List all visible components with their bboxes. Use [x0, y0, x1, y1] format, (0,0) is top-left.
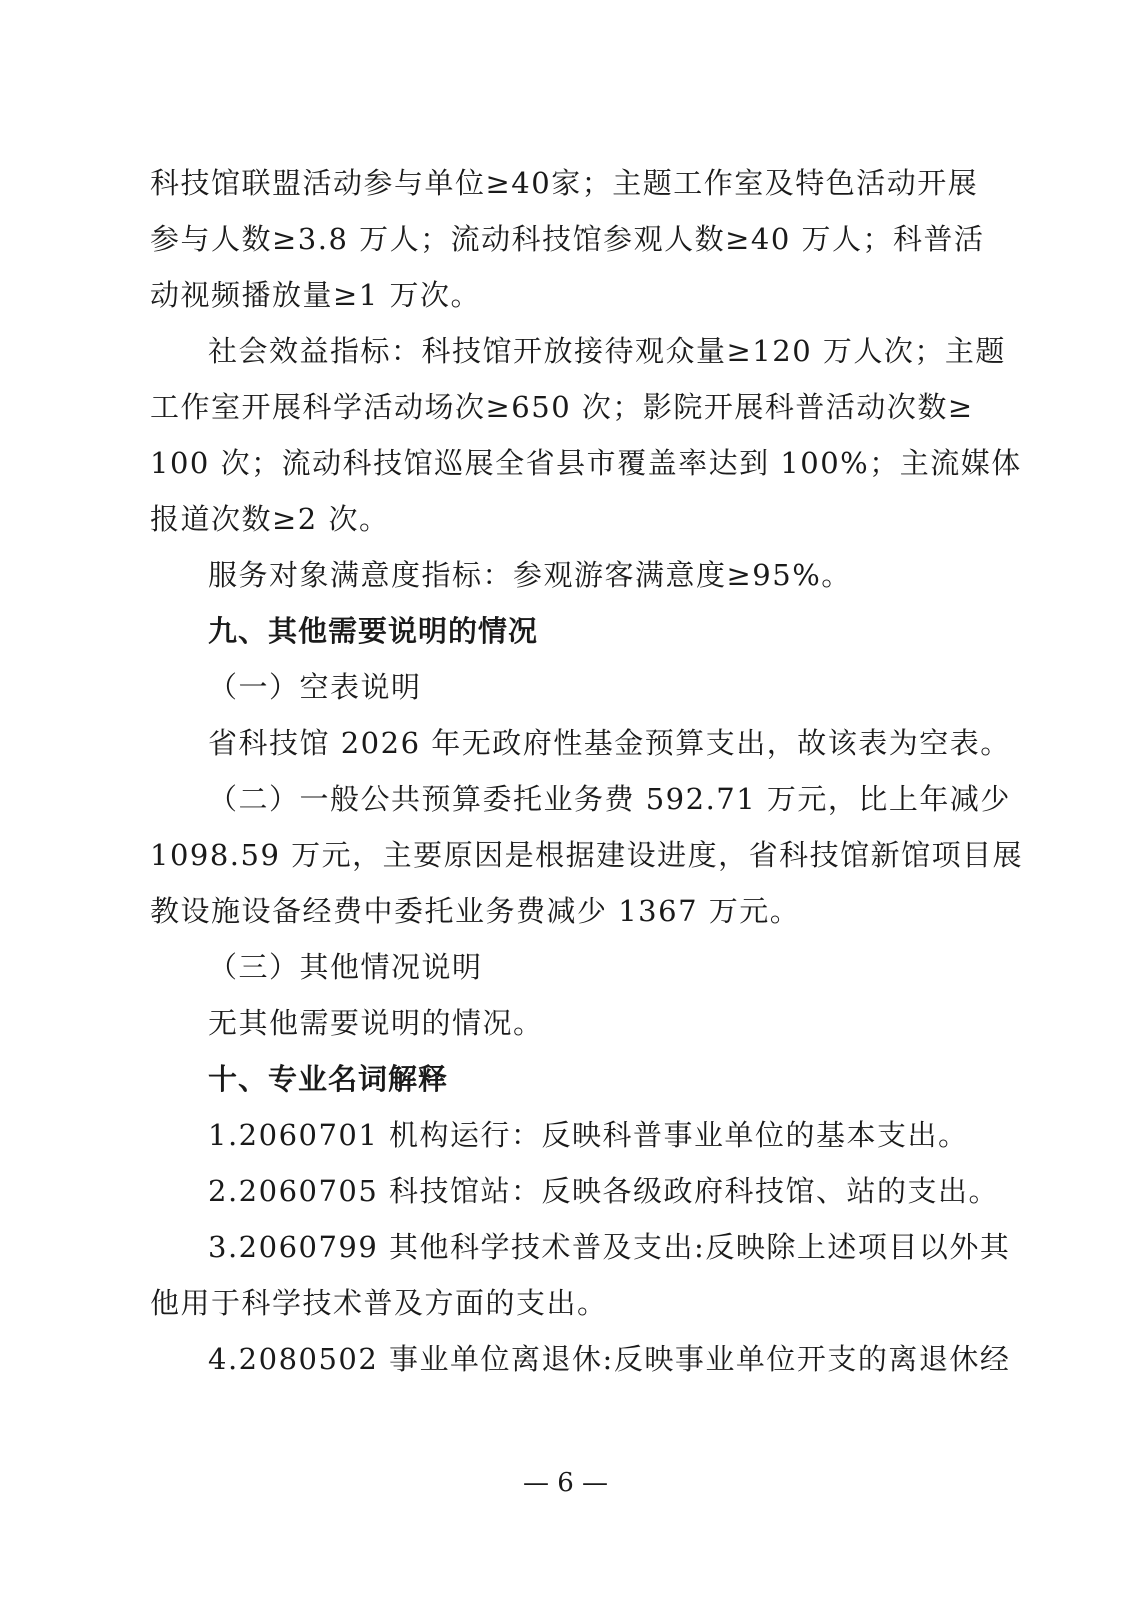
glossary-item: 4.2080502 事业单位离退休:反映事业单位开支的离退休经	[208, 1341, 962, 1377]
glossary-item-continued: 他用于科学技术普及方面的支出。	[150, 1285, 962, 1321]
section-heading: 十、专业名词解释	[208, 1061, 962, 1097]
paragraph-line: 100 次；流动科技馆巡展全省县市覆盖率达到 100%；主流媒体	[150, 445, 962, 481]
paragraph-line: 社会效益指标：科技馆开放接待观众量≥120 万人次；主题	[208, 333, 962, 369]
paragraph-line: 服务对象满意度指标：参观游客满意度≥95%。	[208, 557, 962, 593]
glossary-item: 3.2060799 其他科学技术普及支出:反映除上述项目以外其	[208, 1229, 962, 1265]
document-page: 科技馆联盟活动参与单位≥40家；主题工作室及特色活动开展 参与人数≥3.8 万人…	[0, 0, 1131, 1600]
subsection-title: （三）其他情况说明	[208, 949, 962, 985]
subsection-title: （一）空表说明	[208, 669, 962, 705]
paragraph-line: 省科技馆 2026 年无政府性基金预算支出，故该表为空表。	[208, 725, 962, 761]
paragraph-line: 动视频播放量≥1 万次。	[150, 277, 962, 313]
paragraph-line: 工作室开展科学活动场次≥650 次；影院开展科普活动次数≥	[150, 389, 962, 425]
paragraph-line: 科技馆联盟活动参与单位≥40家；主题工作室及特色活动开展	[150, 165, 962, 201]
paragraph-line: 无其他需要说明的情况。	[208, 1005, 962, 1041]
paragraph-line: 报道次数≥2 次。	[150, 501, 962, 537]
paragraph-line: 教设施设备经费中委托业务费减少 1367 万元。	[150, 893, 962, 929]
glossary-item: 2.2060705 科技馆站：反映各级政府科技馆、站的支出。	[208, 1173, 962, 1209]
paragraph-line: 参与人数≥3.8 万人；流动科技馆参观人数≥40 万人；科普活	[150, 221, 962, 257]
glossary-item: 1.2060701 机构运行：反映科普事业单位的基本支出。	[208, 1117, 962, 1153]
page-number: — 6 —	[0, 1468, 1131, 1498]
paragraph-line: 1098.59 万元，主要原因是根据建设进度，省科技馆新馆项目展	[150, 837, 962, 873]
section-heading: 九、其他需要说明的情况	[208, 613, 962, 649]
paragraph-line: （二）一般公共预算委托业务费 592.71 万元，比上年减少	[208, 781, 962, 817]
